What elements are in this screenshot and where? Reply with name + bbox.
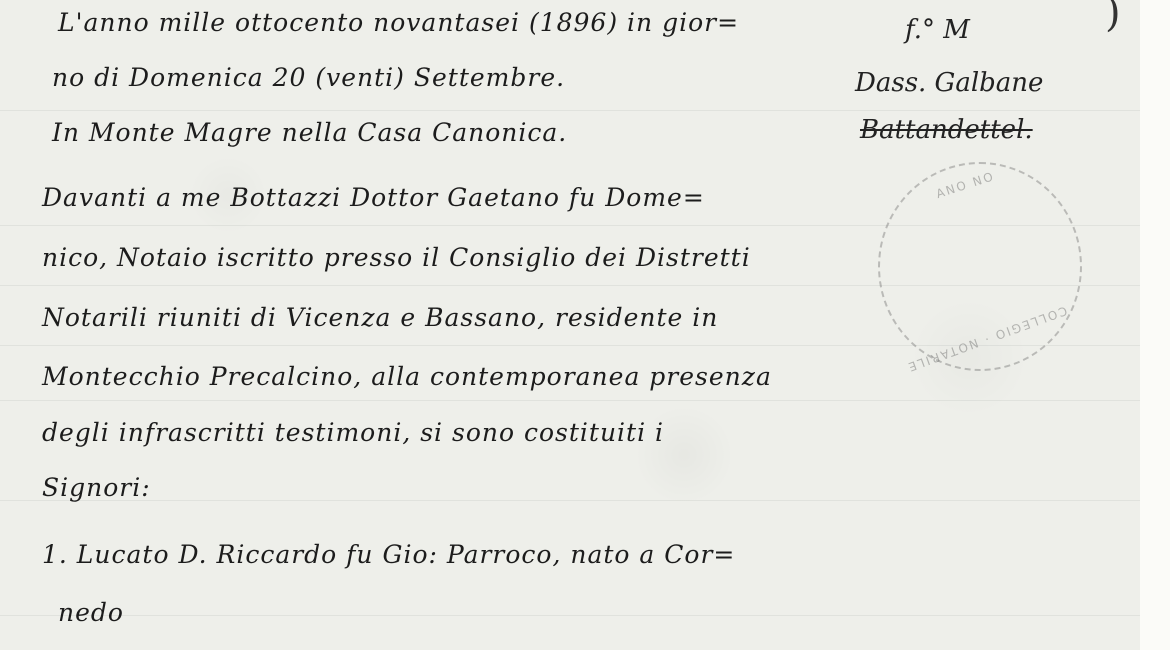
scan-border [1140,0,1170,650]
text-line-7: Montecchio Precalcino, alla contemporane… [42,362,772,391]
notary-seal-stamp: ANO NO COLLEGIO · NOTARILE [878,162,1082,371]
text-line-5: nico, Notaio iscritto presso il Consigli… [42,243,751,272]
ruled-line [0,400,1140,401]
text-line-6: Notarili riuniti di Vicenza e Bassano, r… [42,303,718,332]
ruled-line [0,500,1140,501]
document-page: L'anno mille ottocento novantasei (1896)… [0,0,1142,650]
stamp-bottom-text: COLLEGIO · NOTARILE [905,303,1069,374]
margin-note-line-3: Battandettel. [860,115,1033,145]
stamp-top-text: ANO NO [934,169,996,201]
text-line-3: In Monte Magre nella Casa Canonica. [52,118,567,147]
text-line-4: Davanti a me Bottazzi Dottor Gaetano fu … [42,183,705,212]
brace-mark: ) [1105,0,1121,36]
ruled-line [0,615,1140,616]
ruled-line [0,110,1140,111]
margin-note-line-1: f.° M [905,15,970,45]
text-line-2: no di Domenica 20 (venti) Settembre. [52,63,565,92]
text-line-8: degli infrascritti testimoni, si sono co… [42,418,664,447]
text-line-1: L'anno mille ottocento novantasei (1896)… [58,8,739,37]
text-line-11: nedo [58,598,124,627]
text-line-9: Signori: [42,473,151,502]
margin-note-line-2: Dass. Galbane [855,68,1043,98]
text-line-10: 1. Lucato D. Riccardo fu Gio: Parroco, n… [42,540,735,569]
